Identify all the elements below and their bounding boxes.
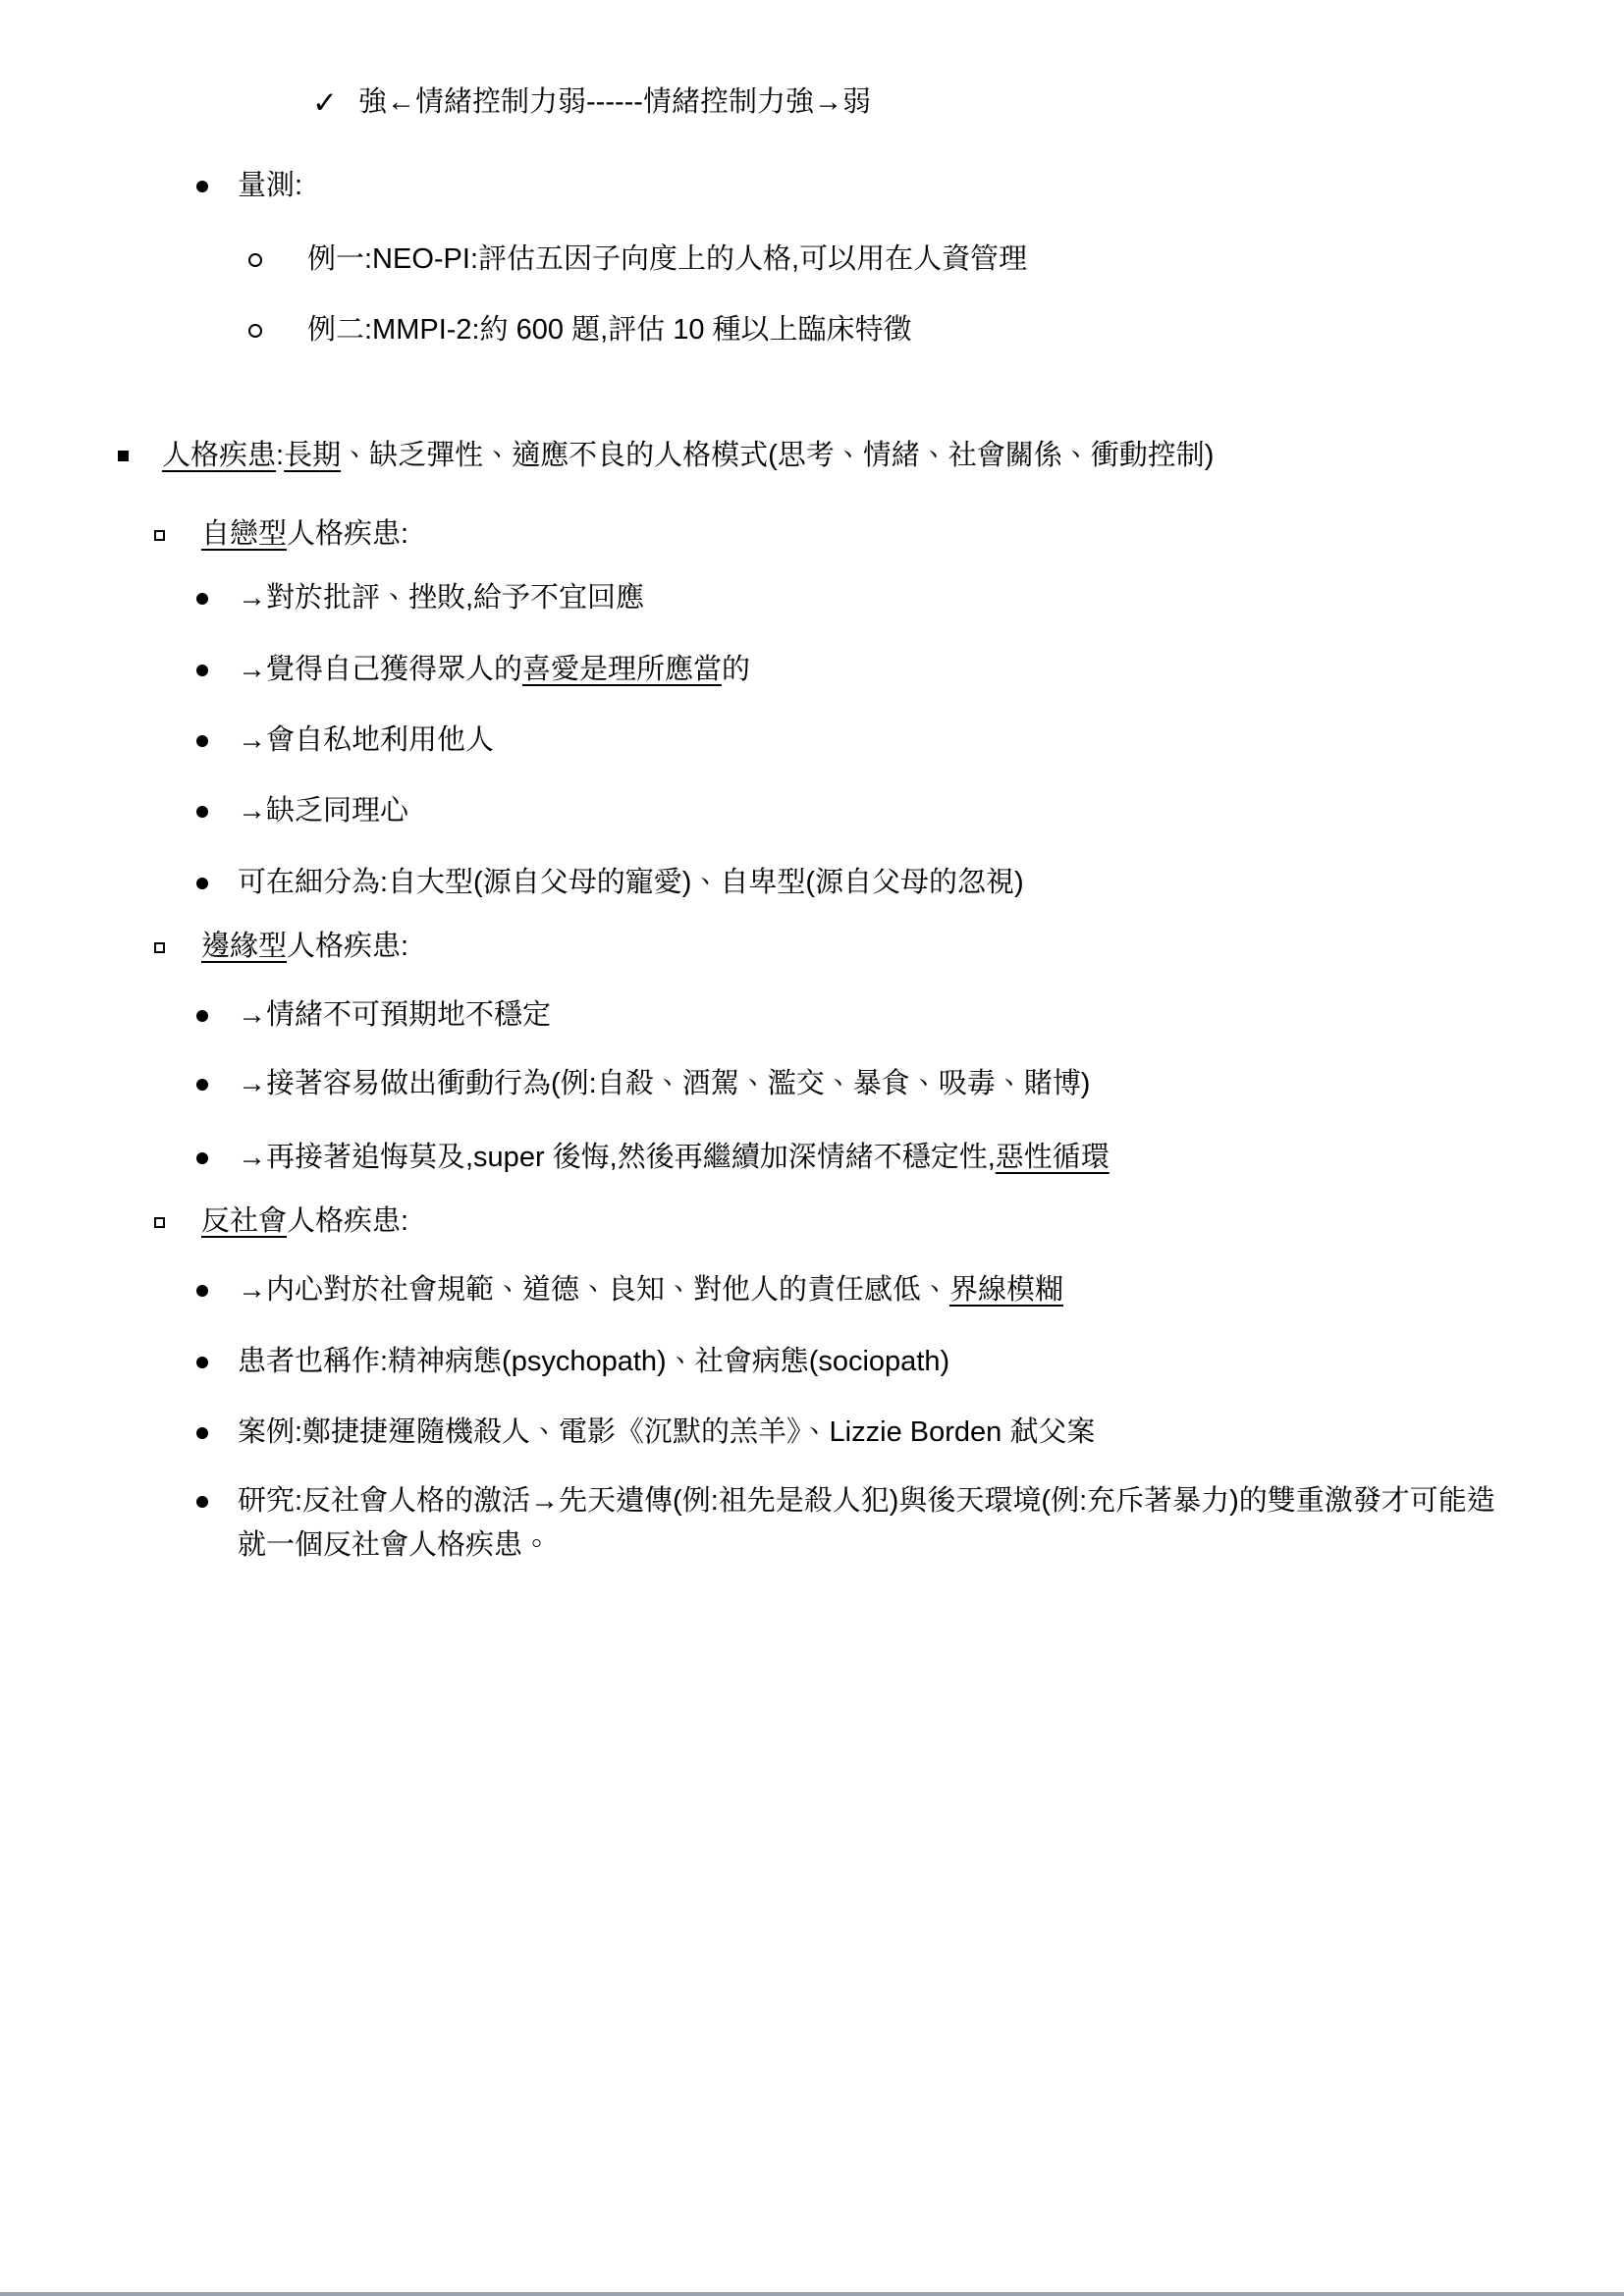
bullet-dot-icon <box>196 1357 208 1368</box>
list-item: 例一:NEO-PI:評估五因子向度上的人格,可以用在人資管理 <box>0 238 1522 282</box>
text-segment: →情緒不可預期地不穩定 <box>238 999 551 1031</box>
underlined-text-segment: 人格疾患 <box>162 440 276 471</box>
text-segment: →接著容易做出衝動行為(例:自殺、酒駕、濫交、暴食、吸毒、賭博) <box>238 1068 1090 1099</box>
bullet-dot-icon <box>196 806 208 818</box>
list-item-text: 反社會人格疾患: <box>201 1200 1522 1244</box>
list-item: 反社會人格疾患: <box>0 1200 1522 1244</box>
list-item-text: 研究:反社會人格的激活→先天遺傳(例:祖先是殺人犯)與後天環境(例:充斥著暴力)… <box>238 1479 1522 1568</box>
list-item: →内心對於社會規範、道德、良知、對他人的責任感低、界線模糊 <box>0 1268 1522 1312</box>
list-item-text: 例一:NEO-PI:評估五因子向度上的人格,可以用在人資管理 <box>307 238 1522 282</box>
bullet-dot-icon <box>196 1079 208 1091</box>
text-segment: 研究:反社會人格的激活→先天遺傳(例:祖先是殺人犯)與後天環境(例:充斥著暴力)… <box>238 1485 1495 1561</box>
underlined-text-segment: 自戀型 <box>201 518 287 550</box>
list-item: →情緒不可預期地不穩定 <box>0 993 1522 1038</box>
bullet-dot-icon <box>196 1285 208 1297</box>
underlined-text-segment: 惡性循環 <box>996 1142 1110 1173</box>
bullet-dot-icon <box>196 665 208 676</box>
list-item: 研究:反社會人格的激活→先天遺傳(例:祖先是殺人犯)與後天環境(例:充斥著暴力)… <box>0 1479 1522 1568</box>
text-segment: 人格疾患: <box>287 518 408 550</box>
list-item: 量測: <box>0 164 1522 208</box>
list-item-text: 強←情緒控制力弱------情緒控制力強→弱 <box>358 80 1522 125</box>
hollow-square-bullet-icon <box>154 942 165 953</box>
list-item-text: 例二:MMPI-2:約 600 題,評估 10 種以上臨床特徵 <box>307 308 1522 352</box>
list-item-text: →覺得自己獲得眾人的喜愛是理所應當的 <box>238 648 1522 692</box>
list-item: 案例:鄭捷捷運隨機殺人、電影《沉默的羔羊》、Lizzie Borden 弒父案 <box>0 1411 1522 1455</box>
list-item: 人格疾患:長期、缺乏彈性、適應不良的人格模式(思考、情緒、社會關係、衝動控制) <box>0 434 1522 478</box>
page-bottom-edge <box>0 2292 1624 2296</box>
text-segment: →再接著追悔莫及,super 後悔,然後再繼續加深情緒不穩定性, <box>238 1142 996 1173</box>
circle-bullet-icon <box>248 253 262 267</box>
text-segment: 例一:NEO-PI:評估五因子向度上的人格,可以用在人資管理 <box>307 243 1027 275</box>
text-segment: 的 <box>722 654 750 685</box>
list-item: 可在細分為:自大型(源自父母的寵愛)、自卑型(源自父母的忽視) <box>0 861 1522 905</box>
list-item-text: 患者也稱作:精神病態(psychopath)、社會病態(sociopath) <box>238 1340 1522 1384</box>
text-segment: 例二:MMPI-2:約 600 題,評估 10 種以上臨床特徵 <box>307 314 912 346</box>
list-item-text: 人格疾患:長期、缺乏彈性、適應不良的人格模式(思考、情緒、社會關係、衝動控制) <box>162 434 1522 478</box>
bullet-dot-icon <box>196 1010 208 1022</box>
list-item: →對於批評、挫敗,給予不宜回應 <box>0 576 1522 620</box>
list-item: →覺得自己獲得眾人的喜愛是理所應當的 <box>0 648 1522 692</box>
list-item-text: →接著容易做出衝動行為(例:自殺、酒駕、濫交、暴食、吸毒、賭博) <box>238 1062 1522 1106</box>
underlined-text-segment: 喜愛是理所應當 <box>522 654 722 685</box>
text-segment: →覺得自己獲得眾人的 <box>238 654 522 685</box>
bullet-dot-icon <box>196 878 208 889</box>
text-segment: 人格疾患: <box>287 1205 408 1237</box>
underlined-text-segment: 反社會 <box>201 1205 287 1237</box>
list-item-text: →缺乏同理心 <box>238 789 1522 833</box>
text-segment: →内心對於社會規範、道德、良知、對他人的責任感低、 <box>238 1274 949 1306</box>
document-page: ✓ 強←情緒控制力弱------情緒控制力強→弱 量測: 例一:NEO-PI:評… <box>0 0 1624 2296</box>
text-segment: →對於批評、挫敗,給予不宜回應 <box>238 582 644 614</box>
hollow-square-bullet-icon <box>154 530 165 541</box>
list-item: 患者也稱作:精神病態(psychopath)、社會病態(sociopath) <box>0 1340 1522 1384</box>
list-item: →缺乏同理心 <box>0 789 1522 833</box>
text-segment: →缺乏同理心 <box>238 795 408 827</box>
list-item-text: →情緒不可預期地不穩定 <box>238 993 1522 1038</box>
text-segment: 強←情緒控制力弱------情緒控制力強→弱 <box>358 86 871 118</box>
underlined-text-segment: 界線模糊 <box>949 1274 1063 1306</box>
list-item-text: →再接著追悔莫及,super 後悔,然後再繼續加深情緒不穩定性,惡性循環 <box>238 1136 1522 1180</box>
list-item: →接著容易做出衝動行為(例:自殺、酒駕、濫交、暴食、吸毒、賭博) <box>0 1062 1522 1106</box>
underlined-text-segment: 長期 <box>284 440 341 471</box>
text-segment: 患者也稱作:精神病態(psychopath)、社會病態(sociopath) <box>238 1346 949 1377</box>
text-segment: 量測: <box>238 170 302 201</box>
underlined-text-segment: 邊緣型 <box>201 931 287 962</box>
list-item: 自戀型人格疾患: <box>0 512 1522 557</box>
bullet-dot-icon <box>196 1152 208 1164</box>
list-item: →會自私地利用他人 <box>0 719 1522 763</box>
list-item-text: →内心對於社會規範、道德、良知、對他人的責任感低、界線模糊 <box>238 1268 1522 1312</box>
text-segment: 、缺乏彈性、適應不良的人格模式(思考、情緒、社會關係、衝動控制) <box>341 440 1214 471</box>
list-item: 邊緣型人格疾患: <box>0 925 1522 969</box>
text-segment: 案例:鄭捷捷運隨機殺人、電影《沉默的羔羊》、Lizzie Borden 弒父案 <box>238 1416 1095 1448</box>
list-item: →再接著追悔莫及,super 後悔,然後再繼續加深情緒不穩定性,惡性循環 <box>0 1136 1522 1180</box>
filled-square-bullet-icon <box>118 451 129 461</box>
list-item-text: →對於批評、挫敗,給予不宜回應 <box>238 576 1522 620</box>
text-segment: →會自私地利用他人 <box>238 724 494 756</box>
list-item: 例二:MMPI-2:約 600 題,評估 10 種以上臨床特徵 <box>0 308 1522 352</box>
bullet-dot-icon <box>196 735 208 747</box>
text-segment: 可在細分為:自大型(源自父母的寵愛)、自卑型(源自父母的忽視) <box>238 867 1024 898</box>
bullet-dot-icon <box>196 1427 208 1439</box>
bullet-dot-icon <box>196 1496 208 1508</box>
list-item-text: 量測: <box>238 164 1522 208</box>
circle-bullet-icon <box>248 324 262 338</box>
hollow-square-bullet-icon <box>154 1217 165 1228</box>
list-item-text: →會自私地利用他人 <box>238 719 1522 763</box>
text-segment: : <box>276 440 284 471</box>
list-item-text: 邊緣型人格疾患: <box>201 925 1522 969</box>
text-segment: 人格疾患: <box>287 931 408 962</box>
list-item-text: 自戀型人格疾患: <box>201 512 1522 557</box>
list-item-text: 可在細分為:自大型(源自父母的寵愛)、自卑型(源自父母的忽視) <box>238 861 1522 905</box>
list-item: ✓ 強←情緒控制力弱------情緒控制力強→弱 <box>0 80 1522 125</box>
bullet-dot-icon <box>196 593 208 605</box>
bullet-dot-icon <box>196 181 208 192</box>
list-item-text: 案例:鄭捷捷運隨機殺人、電影《沉默的羔羊》、Lizzie Borden 弒父案 <box>238 1411 1522 1455</box>
check-icon: ✓ <box>312 80 358 125</box>
